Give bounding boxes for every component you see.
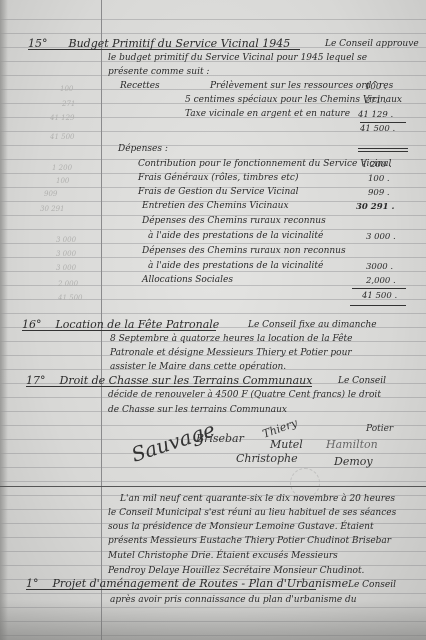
body-line: sous la présidence de Monsieur Lemoine G… bbox=[108, 522, 374, 533]
depense-item: Entretien des Chemins Vicinaux bbox=[142, 201, 289, 212]
signature: Brisebar bbox=[196, 432, 244, 445]
body-line: le budget primitif du Service Vicinal po… bbox=[108, 53, 367, 64]
recettes-label: Recettes bbox=[120, 81, 160, 92]
body-line: assister le Maire dans cette opération. bbox=[110, 362, 286, 373]
body-line: L'an mil neuf cent quarante-six le dix n… bbox=[120, 494, 395, 505]
section-intro: Le Conseil approuve bbox=[325, 39, 419, 50]
body-line: Pendroy Delaye Houillez Secrétaire Monsi… bbox=[108, 566, 364, 577]
signature: Mutel bbox=[270, 438, 303, 451]
section-title: Budget Primitif du Service Vicinal 1945 bbox=[68, 37, 290, 50]
recette-amount: 271 . bbox=[365, 96, 387, 107]
margin-note: 41 129 bbox=[50, 114, 75, 122]
body-line: présente comme suit : bbox=[108, 67, 209, 78]
margin-note: 2 000 bbox=[58, 280, 78, 288]
section-intro: Le Conseil bbox=[338, 376, 386, 387]
page-bottom-shadow bbox=[0, 600, 426, 640]
body-line: de Chasse sur les terrains Communaux bbox=[108, 405, 287, 416]
section-intro: Le Conseil fixe au dimanche bbox=[248, 320, 377, 331]
signature: Demoy bbox=[334, 455, 373, 468]
depense-amount: 1 200 . bbox=[362, 160, 392, 171]
signature: Hamilton bbox=[326, 438, 378, 451]
margin-note: 41 500 bbox=[58, 294, 83, 302]
depense-amount: 2,000 . bbox=[366, 276, 396, 287]
recette-amount: 41 129 . bbox=[358, 110, 393, 121]
section-intro: Le Conseil bbox=[348, 580, 396, 591]
margin-note: 3 000 bbox=[56, 250, 76, 258]
total-underline bbox=[350, 305, 406, 306]
depense-item: Dépenses des Chemins ruraux non reconnus bbox=[142, 246, 346, 257]
depenses-total: 41 500 . bbox=[362, 291, 397, 302]
margin-note: 3 000 bbox=[56, 264, 76, 272]
signature: Christophe bbox=[236, 452, 298, 465]
margin-note: 909 bbox=[44, 190, 57, 198]
signature: Potier bbox=[366, 424, 393, 434]
body-line: 8 Septembre à quatorze heures la locatio… bbox=[110, 334, 352, 345]
depense-item: Frais de Gestion du Service Vicinal bbox=[138, 187, 299, 198]
double-rule bbox=[358, 148, 408, 149]
depense-item: Dépenses des Chemins ruraux reconnus bbox=[142, 216, 326, 227]
depense-item: à l'aide des prestations de la vicinalit… bbox=[148, 231, 323, 242]
page-edge-shadow bbox=[0, 0, 8, 640]
body-line: Patronale et désigne Messieurs Thiery et… bbox=[110, 348, 352, 359]
section-15-heading: 15° Budget Primitif du Service Vicinal 1… bbox=[28, 38, 300, 50]
scanned-ledger-page: 15° Budget Primitif du Service Vicinal 1… bbox=[0, 0, 426, 640]
total-rule bbox=[360, 122, 406, 123]
depense-amount: 909 . bbox=[368, 188, 390, 199]
total-rule bbox=[352, 288, 406, 289]
depense-item: Allocations Sociales bbox=[142, 275, 233, 286]
session-item-heading: 1° Projet d'aménagement de Routes - Plan… bbox=[26, 578, 316, 590]
double-rule bbox=[358, 151, 408, 152]
section-17-heading: 17° Droit de Chasse sur les Terrains Com… bbox=[26, 375, 312, 387]
section-16-heading: 16° Location de la Fête Patronale bbox=[22, 319, 216, 331]
margin-note: 100 bbox=[56, 177, 69, 185]
item-title: Projet d'aménagement de Routes - Plan d'… bbox=[53, 577, 349, 590]
section-number: 15° bbox=[28, 37, 48, 50]
depense-amount: 3 000 . bbox=[366, 232, 396, 243]
depense-amount: 100 . bbox=[368, 174, 390, 185]
section-title: Location de la Fête Patronale bbox=[56, 318, 220, 331]
session-separator bbox=[0, 486, 426, 487]
depense-item: Frais Généraux (rôles, timbres etc) bbox=[138, 173, 298, 184]
body-line: le Conseil Municipal s'est réuni au lieu… bbox=[108, 508, 396, 519]
margin-note: 3 000 bbox=[56, 236, 76, 244]
body-line: décide de renouveler à 4500 F (Quatre Ce… bbox=[108, 390, 381, 401]
depense-item: Contribution pour le fonctionnement du S… bbox=[138, 159, 391, 170]
section-title: Droit de Chasse sur les Terrains Communa… bbox=[60, 374, 313, 387]
recette-amount: 100 . bbox=[365, 82, 387, 93]
recettes-total: 41 500 . bbox=[360, 124, 395, 135]
margin-note: 100 bbox=[60, 85, 73, 93]
depense-item: à l'aide des prestations de la vicinalit… bbox=[148, 261, 323, 272]
margin-note: 271 bbox=[62, 100, 75, 108]
item-number: 1° bbox=[26, 577, 39, 590]
depenses-label: Dépenses : bbox=[118, 144, 168, 155]
recette-item: Taxe vicinale en argent et en nature bbox=[185, 109, 350, 120]
section-number: 17° bbox=[26, 374, 46, 387]
body-line: Mutel Christophe Drie. Étaient excusés M… bbox=[108, 551, 338, 562]
body-line: présents Messieurs Eustache Thiery Potie… bbox=[108, 536, 391, 547]
margin-note: 41 500 bbox=[50, 133, 75, 141]
section-number: 16° bbox=[22, 318, 42, 331]
body-line: après avoir pris connaissance du plan d'… bbox=[110, 595, 357, 606]
margin-note: 30 291 bbox=[40, 205, 65, 213]
depense-amount: 3000 . bbox=[366, 262, 393, 273]
depense-amount: 30 291 . bbox=[356, 202, 394, 213]
margin-note: 1 200 bbox=[52, 164, 72, 172]
